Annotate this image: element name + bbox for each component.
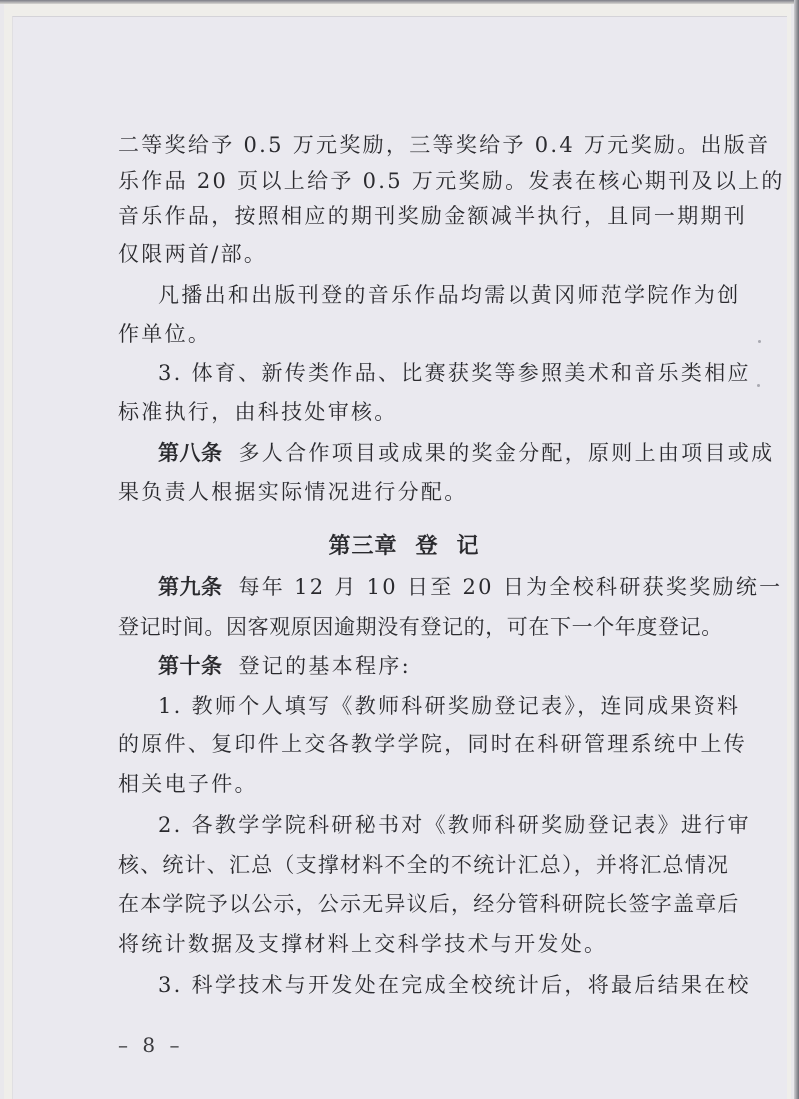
text-line: 3. 体育、新传类作品、比赛获奖等参照美术和音乐类相应 — [118, 358, 690, 388]
article-10: 第十条登记的基本程序: — [118, 651, 690, 681]
text-line: 在本学院予以公示，公示无异议后，经分管科研院长签字盖章后 — [118, 889, 690, 919]
article-10-label: 第十条 — [158, 654, 223, 678]
chapter-number: 第三章 — [328, 534, 397, 559]
text-line: 将统计数据及支撑材料上交科学技术与开发处。 — [118, 929, 690, 959]
article-9: 第九条每年 12 月 10 日至 20 日为全校科研获奖奖励统一 — [118, 572, 690, 602]
article-8-label: 第八条 — [158, 441, 223, 465]
text-line: 的原件、复印件上交各教学学院，同时在科研管理系统中上传 — [118, 729, 690, 759]
article-9-text: 每年 12 月 10 日至 20 日为全校科研获奖奖励统一 — [239, 575, 783, 599]
article-9-label: 第九条 — [158, 575, 223, 599]
scan-speck — [757, 384, 760, 387]
article-10-text: 登记的基本程序: — [239, 654, 411, 678]
scan-right-edge — [794, 0, 799, 1099]
text-line: 仅限两首/部。 — [118, 239, 690, 269]
text-line: 作单位。 — [118, 319, 690, 349]
text-line: 凡播出和出版刊登的音乐作品均需以黄冈师范学院作为创 — [118, 280, 690, 310]
text-line: 相关电子件。 — [118, 769, 690, 799]
scan-speck — [758, 340, 761, 343]
text-line: 乐作品 20 页以上给予 0.5 万元奖励。发表在核心期刊及以上的 — [118, 166, 690, 196]
list-item: 2. 各教学学院科研秘书对《教师科研奖励登记表》进行审 — [118, 810, 690, 840]
text-line: 果负责人根据实际情况进行分配。 — [118, 477, 690, 507]
article-8-text: 多人合作项目或成果的奖金分配，原则上由项目或成 — [239, 441, 775, 465]
text-line: 核、统计、汇总（支撑材料不全的不统计汇总），并将汇总情况 — [118, 850, 690, 880]
article-8: 第八条多人合作项目或成果的奖金分配，原则上由项目或成 — [118, 438, 690, 468]
text-line: 标准执行，由科技处审核。 — [118, 397, 690, 427]
text-line: 音乐作品，按照相应的期刊奖励金额减半执行，且同一期期刊 — [118, 201, 690, 231]
chapter-title-char: 登 — [415, 534, 438, 559]
chapter-heading: 第三章登记 — [118, 532, 690, 562]
page-number: – 8 – — [118, 1032, 183, 1058]
list-item: 1. 教师个人填写《教师科研奖励登记表》，连同成果资料 — [118, 691, 690, 721]
text-line: 登记时间。因客观原因逾期没有登记的，可在下一个年度登记。 — [118, 612, 690, 642]
chapter-title-char: 记 — [457, 534, 480, 559]
list-item: 3. 科学技术与开发处在完成全校统计后，将最后结果在校 — [118, 970, 690, 1000]
text-line: 二等奖给予 0.5 万元奖励，三等奖给予 0.4 万元奖励。出版音 — [118, 130, 690, 160]
